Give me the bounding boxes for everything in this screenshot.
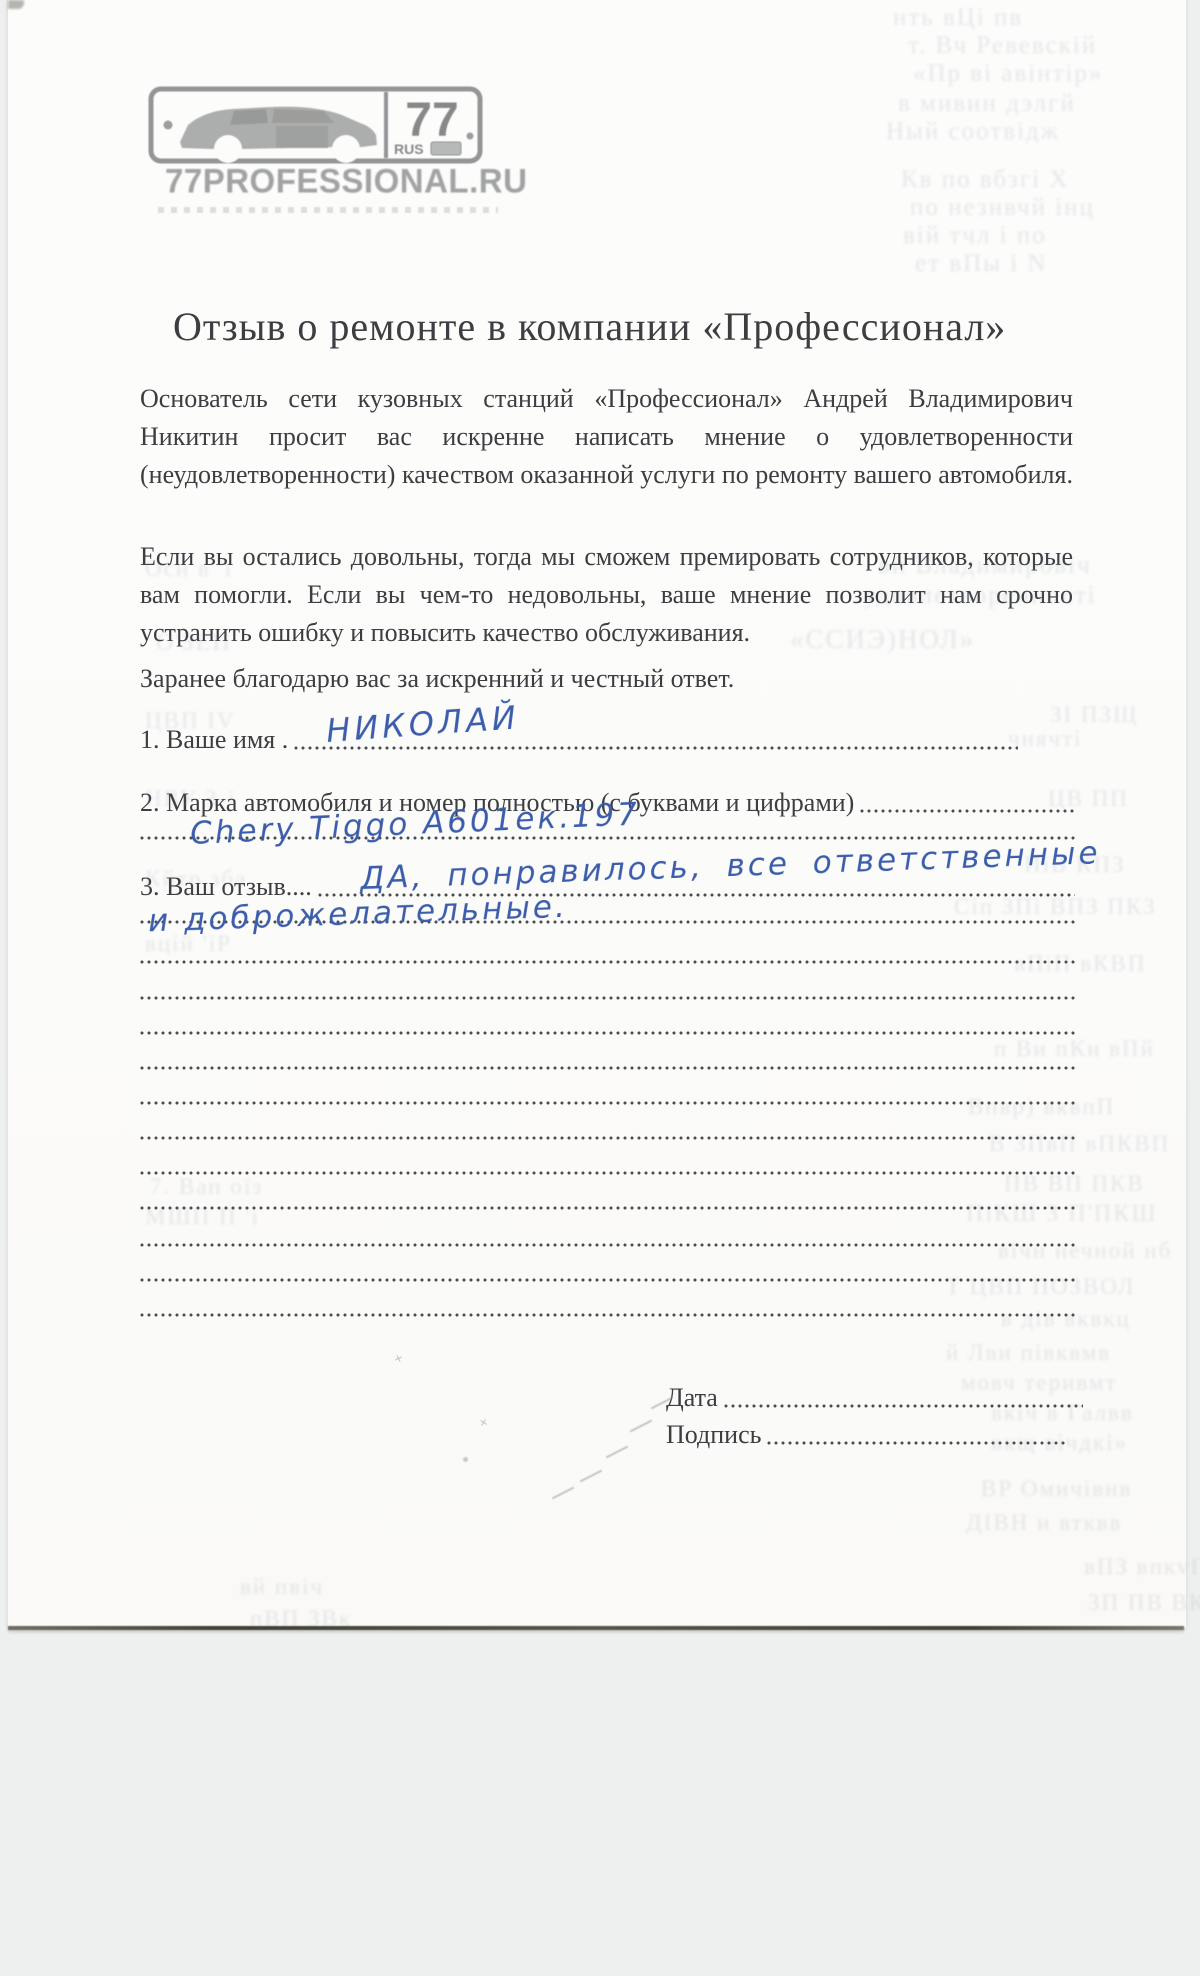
answer-line (140, 960, 1076, 964)
plate-bolt-icon (164, 121, 173, 130)
bleedthrough-text: О'ЗЕП (156, 630, 232, 657)
answer-line (140, 1101, 1076, 1105)
paper-sheet: 77 RUS 77PROFESSIONAL.RU Отзыв о ремонте… (8, 0, 1186, 1628)
scan-artifact (158, 207, 498, 213)
bleedthrough-text: ет вПы і N (915, 250, 1047, 278)
license-plate-logo: 77 RUS (148, 86, 483, 164)
answer-line (140, 1171, 1076, 1175)
intro-paragraph-3: Заранее благодарю вас за искренний и чес… (140, 660, 1073, 698)
answer-line (140, 996, 1076, 1000)
bleedthrough-text: вПЗ впкvП (1084, 1554, 1200, 1580)
answer-line (140, 1243, 1076, 1247)
bleedthrough-text: Впвр) вквпП (968, 1094, 1115, 1120)
answer-line (140, 1278, 1076, 1282)
date-label: Дата (666, 1383, 718, 1413)
bleedthrough-text: й Лви півквмв (946, 1340, 1111, 1366)
bleedthrough-text: Ный соотвідж (886, 118, 1060, 146)
bleedthrough-text: 7. Вап оїз (150, 1174, 263, 1200)
bleedthrough-text: вй пвіч (240, 1574, 324, 1600)
bleedthrough-text: ЦВ ПП (1048, 786, 1129, 812)
plate-number: 77 (405, 94, 458, 147)
form-title: Отзыв о ремонте в компании «Профессионал… (173, 303, 1103, 350)
bleedthrough-text: В ЗПвП вПКВП (989, 1131, 1170, 1157)
bleedthrough-text: НВУ 3-і (145, 786, 237, 812)
scan-bottom-edge (8, 1626, 1184, 1630)
bleedthrough-text: ДІВН и втквв (966, 1510, 1122, 1536)
pencil-mark (463, 1457, 468, 1462)
bleedthrough-text: «Пр ві авінтір» (913, 60, 1103, 88)
bleedthrough-text: Сіп ЗПі ВПЗ ПКЗ (954, 894, 1157, 920)
bleedthrough-text: ПіКШ З П'ПКШ (966, 1201, 1157, 1228)
bleedthrough-text: удовлетворенності (864, 582, 1097, 610)
pencil-mark: × (478, 1415, 489, 1432)
bleedthrough-text: мовч теривмт (961, 1370, 1118, 1396)
answer-line (140, 1066, 1076, 1070)
bleedthrough-text: вічн нечной нб (998, 1238, 1172, 1264)
bleedthrough-text: вій тчл і по (903, 222, 1047, 250)
bleedthrough-text: т. Вч Ревевскій (908, 32, 1097, 60)
answer-line (140, 1031, 1076, 1035)
bleedthrough-text: по незнвчй інц (910, 194, 1095, 222)
plate-bolt-icon (467, 133, 474, 140)
pencil-mark (552, 1487, 574, 1500)
bleedthrough-text: вцій 'іР (145, 931, 232, 957)
scanned-document: 77 RUS 77PROFESSIONAL.RU Отзыв о ремонте… (0, 0, 1200, 1976)
pencil-mark: × (392, 1351, 404, 1369)
bleedthrough-text: ВР Омичівнв (981, 1476, 1132, 1502)
bleedthrough-text: п Ви пКн вПй (994, 1036, 1155, 1062)
answer-line (140, 1313, 1076, 1317)
bleedthrough-text: нть вЦі пв (893, 4, 1023, 32)
company-logo: 77 RUS (148, 86, 488, 166)
flag-icon (431, 142, 461, 155)
intro-paragraph-1: Основатель сети кузовных станций «Профес… (140, 380, 1073, 494)
bleedthrough-text: «ССИЭ)НОЛ» (790, 624, 975, 655)
question-1: 1. Ваше имя . (140, 725, 1018, 755)
pencil-mark (580, 1470, 602, 1483)
website-url: 77PROFESSIONAL.RU (165, 161, 525, 201)
car-silhouette-icon (180, 107, 377, 163)
answer-line (860, 809, 1075, 813)
plate-region: RUS (394, 141, 424, 157)
bleedthrough-text: вПіП вКВП (1014, 951, 1146, 977)
pencil-mark (606, 1446, 628, 1459)
signature-label: Подпись (666, 1420, 761, 1450)
bleedthrough-text: Т ЦВП ПОЗВОЛ (946, 1274, 1135, 1300)
bleedthrough-text: МШП П 'і (145, 1204, 260, 1230)
answer-line (140, 1206, 1076, 1210)
bleedthrough-text: в мивин дэлгй (898, 90, 1076, 118)
bleedthrough-text: ПіВ КПЗ (1024, 852, 1126, 878)
bleedthrough-text: Кйтр зба (145, 866, 247, 892)
bleedthrough-text: вкіч в Галвв (991, 1400, 1134, 1426)
bleedthrough-text: ЦВП ІV (145, 708, 236, 734)
bleedthrough-text: Осн в 'і (145, 556, 233, 582)
bleedthrough-text: вкщ вічдкі» (991, 1430, 1128, 1456)
bleedthrough-text: ЗІ ПЗЩ (1050, 702, 1138, 728)
bleedthrough-text: Кв по вбзгі X (901, 166, 1069, 194)
bleedthrough-text: ПВ ВП ПКВ (1004, 1171, 1145, 1197)
answer-line (294, 746, 1018, 750)
scan-artifact (8, 0, 24, 9)
bleedthrough-text: ЗП ПВ ВКЗ (1088, 1590, 1200, 1616)
pencil-mark (630, 1420, 652, 1433)
bleedthrough-text: в дів вквкц (1001, 1306, 1131, 1332)
bleedthrough-text: ви Владимирбвіч (878, 552, 1092, 580)
answer-line (140, 1136, 1076, 1140)
bleedthrough-text: чнячті (1008, 726, 1082, 752)
